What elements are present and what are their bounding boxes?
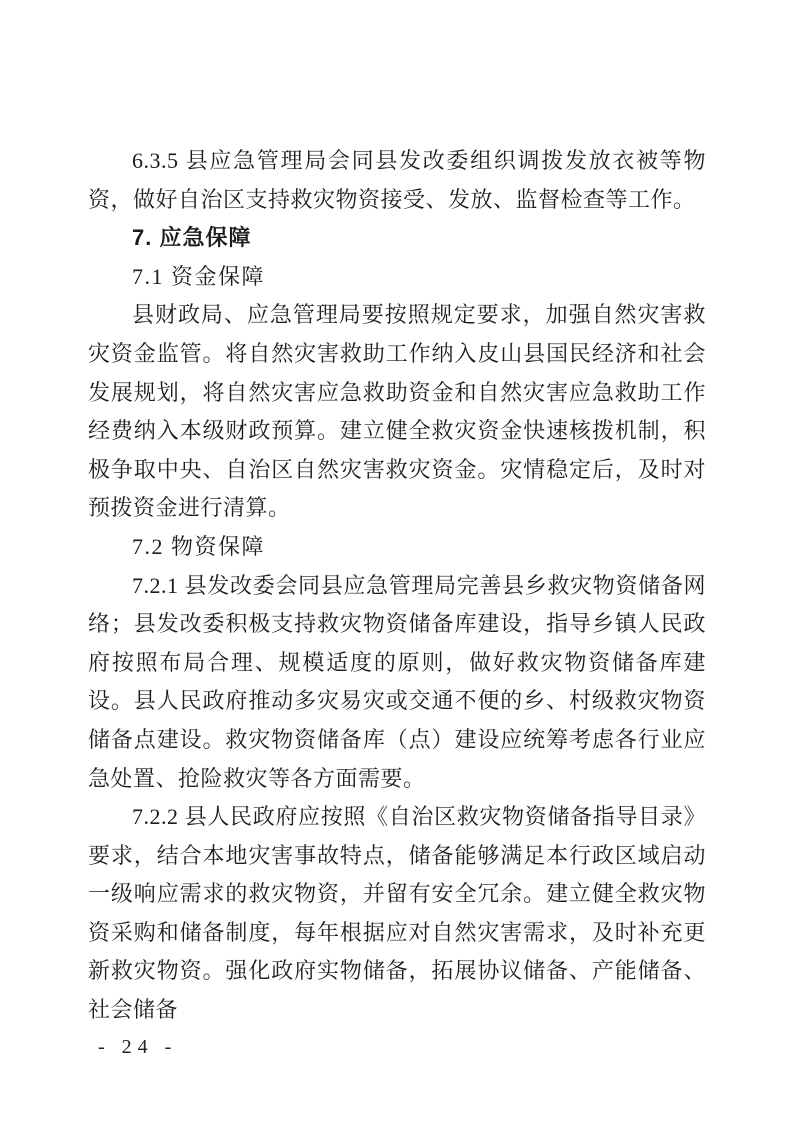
heading-7-2-material-support: 7.2 物资保障 — [88, 528, 706, 567]
paragraph-6-3-5: 6.3.5 县应急管理局会同县发改委组织调拨发放衣被等物资，做好自治区支持救灾物… — [88, 142, 706, 219]
document-page: 6.3.5 县应急管理局会同县发改委组织调拨发放衣被等物资，做好自治区支持救灾物… — [0, 0, 793, 1122]
paragraph-7-2-2: 7.2.2 县人民政府应按照《自治区救灾物资储备指导目录》要求，结合本地灾害事故… — [88, 798, 706, 1030]
heading-7-1-funding-support: 7.1 资金保障 — [88, 258, 706, 297]
paragraph-7-2-1: 7.2.1 县发改委会同县应急管理局完善县乡救灾物资储备网络；县发改委积极支持救… — [88, 567, 706, 799]
heading-7-emergency-support: 7. 应急保障 — [88, 219, 706, 258]
paragraph-7-1-body: 县财政局、应急管理局要按照规定要求，加强自然灾害救灾资金监管。将自然灾害救助工作… — [88, 296, 706, 528]
page-number: - 24 - — [98, 1036, 177, 1059]
document-body: 6.3.5 县应急管理局会同县发改委组织调拨发放衣被等物资，做好自治区支持救灾物… — [88, 142, 706, 1030]
